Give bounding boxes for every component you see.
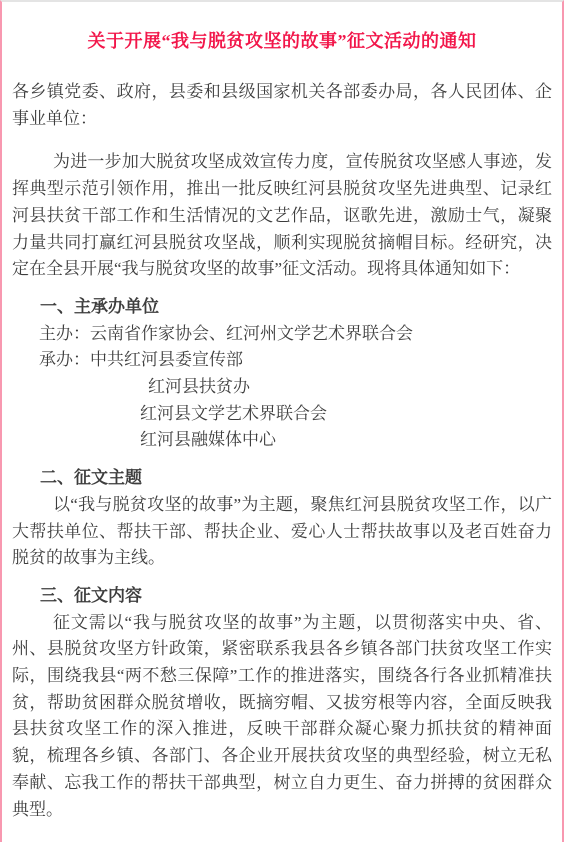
- notice-frame: 关于开展“我与脱贫攻坚的故事”征文活动的通知 各乡镇党委、政府，县委和县级国家机…: [0, 0, 564, 842]
- section-2-body: 以“我与脱贫攻坚的故事”为主题，聚焦红河县脱贫攻坚工作，以广大帮扶单位、帮扶干部…: [12, 492, 552, 572]
- section-2-heading: 二、征文主题: [12, 465, 552, 492]
- co-organizer-unit: 红河县扶贫办: [12, 374, 552, 401]
- intro-paragraph: 为进一步加大脱贫攻坚成效宣传力度，宣传脱贫攻坚感人事迹，发挥典型示范引领作用，推…: [12, 149, 552, 283]
- section-3-heading: 三、征文内容: [12, 583, 552, 610]
- section-1-heading: 一、主承办单位: [12, 294, 552, 321]
- salutation-line: 各乡镇党委、政府，县委和县级国家机关各部委办局，各人民团体、企事业单位：: [12, 79, 552, 132]
- co-organizer-unit: 红河县融媒体中心: [12, 427, 552, 454]
- notice-title: 关于开展“我与脱贫攻坚的故事”征文活动的通知: [12, 29, 552, 53]
- section-3-body: 征文需以“我与脱贫攻坚的故事”为主题，以贯彻落实中央、省、州、县脱贫攻坚方针政策…: [12, 610, 552, 824]
- document-page: { "notice": { "title": "关于开展“我与脱贫攻坚的故事”征…: [0, 0, 564, 842]
- undertaker-line: 承办：中共红河县委宣传部: [12, 347, 552, 374]
- co-organizer-unit: 红河县文学艺术界联合会: [12, 401, 552, 428]
- host-organizer-line: 主办：云南省作家协会、红河州文学艺术界联合会: [12, 321, 552, 348]
